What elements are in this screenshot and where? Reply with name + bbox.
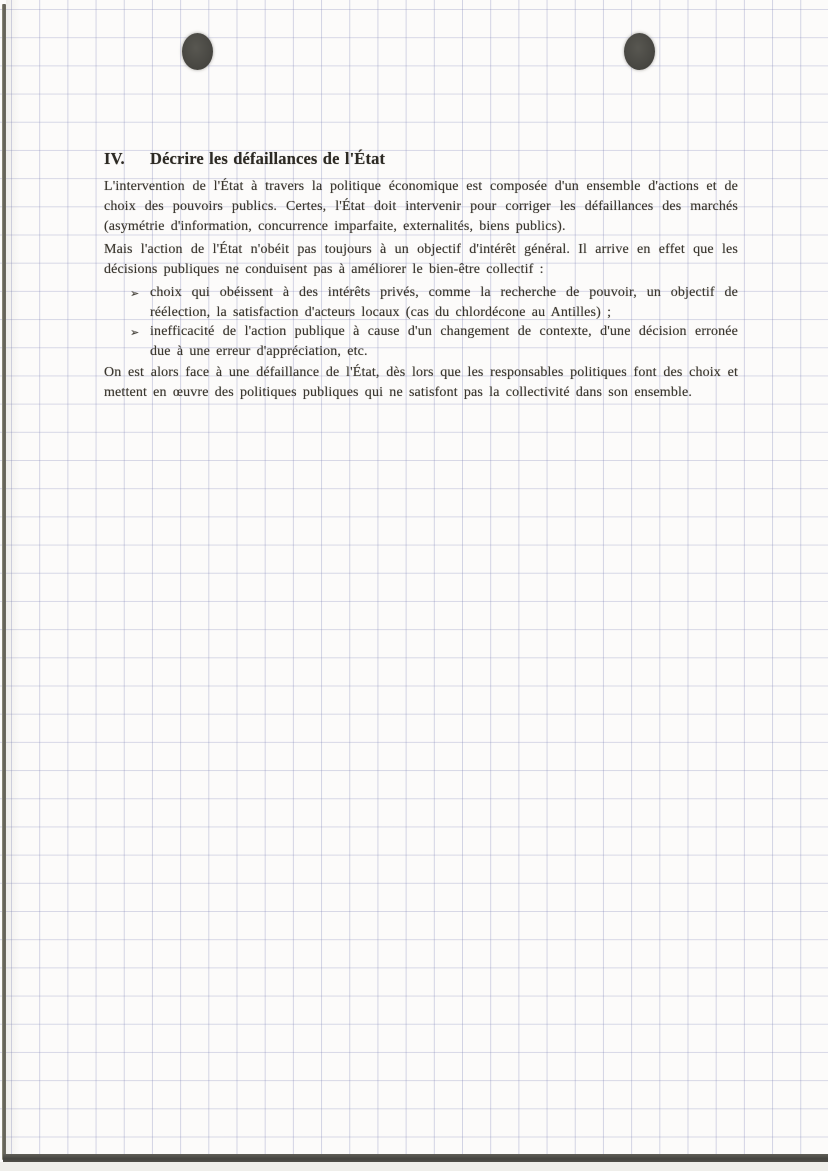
paragraph-conclusion: On est alors face à une défaillance de l… — [104, 363, 738, 403]
bullet-arrow-icon: ➢ — [130, 284, 139, 304]
bullet-item: ➢ choix qui obéissent à des intérêts pri… — [104, 283, 738, 322]
page-bottom-edge — [3, 1154, 828, 1162]
bullet-text: inefficacité de l'action publique à caus… — [150, 324, 738, 359]
document-page: IV. Décrire les défaillances de l'État L… — [0, 0, 828, 1171]
paragraph-contrast: Mais l'action de l'État n'obéit pas touj… — [104, 240, 738, 280]
scan-bottom-margin — [0, 1162, 828, 1171]
page-left-edge — [2, 4, 6, 1160]
section-number: IV. — [104, 148, 150, 169]
hole-punch-left — [182, 33, 213, 70]
paragraph-intro: L'intervention de l'État à travers la po… — [104, 177, 738, 237]
section-title: Décrire les défaillances de l'État — [150, 148, 385, 169]
paper-edge-shadow — [6, 0, 20, 1171]
hole-punch-right — [624, 33, 655, 70]
section-heading: IV. Décrire les défaillances de l'État — [104, 148, 738, 169]
bullet-text: choix qui obéissent à des intérêts privé… — [150, 285, 738, 320]
document-content: IV. Décrire les défaillances de l'État L… — [104, 148, 738, 406]
bullet-arrow-icon: ➢ — [130, 323, 139, 343]
bullet-item: ➢ inefficacité de l'action publique à ca… — [104, 322, 738, 361]
bullet-list: ➢ choix qui obéissent à des intérêts pri… — [104, 283, 738, 361]
